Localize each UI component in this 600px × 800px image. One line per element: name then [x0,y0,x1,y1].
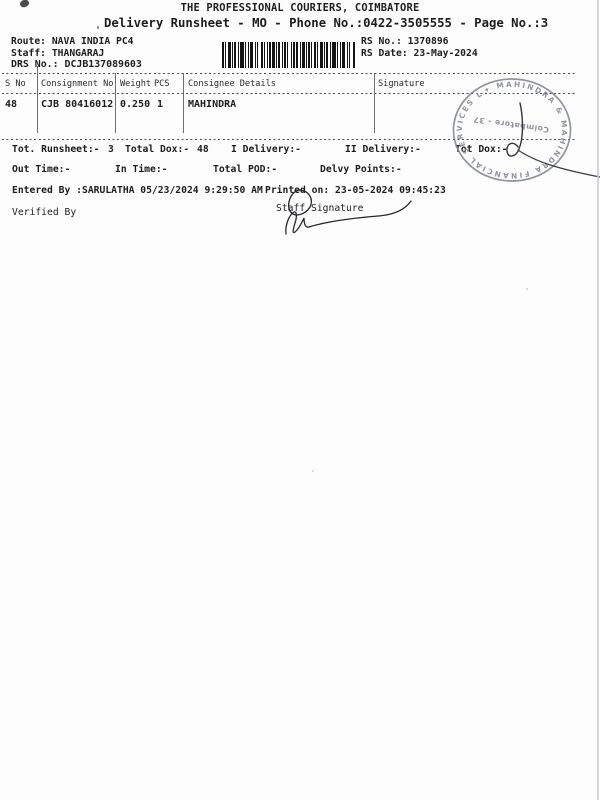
runsheet-title: Delivery Runsheet - MO - Phone No.:0422-… [104,17,548,30]
cell-consignee: MAHINDRA [188,100,236,111]
barcode-icon [222,42,357,68]
column-header-pcs: PCS [154,80,170,89]
column-header-consignee: Consignee Details [188,80,276,89]
pen-stroke-tail [518,150,600,177]
route-label: Route: NAVA INDIA PC4 [11,37,133,47]
cell-pcs: 1 [157,100,163,111]
ii-delivery-label: II Delivery:- [345,145,421,155]
column-separator [183,73,184,133]
stamp-outer-ring [454,79,571,181]
tot-runsheet-label: Tot. Runsheet:- [12,145,100,155]
column-separator [37,66,38,133]
table-top-divider [2,73,576,75]
drs-no-label: DRS No.: DCJB137089603 [11,60,142,70]
rs-no-label: RS No.: 1370896 [361,37,449,47]
verified-by-label: Verified By [12,208,76,218]
scan-artifact-speck [526,288,528,290]
company-title: THE PROFESSIONAL COURIERS, COIMBATORE [0,3,600,14]
pen-check-mark [507,103,523,156]
scan-artifact-speck [312,470,314,472]
total-dox-value: 48 [197,145,209,155]
delvy-points-label: Delvy Points:- [320,165,402,175]
cell-consignment: CJB 80416012 [41,100,113,111]
scanned-delivery-runsheet: THE PROFESSIONAL COURIERS, COIMBATORE De… [0,0,600,800]
i-delivery-label: I Delivery:- [231,145,301,155]
page-edge-shadow [597,0,599,800]
tot-runsheet-value: 3 [108,145,114,155]
printed-on-label: Printed on: 23-05-2024 09:45:23 [265,186,446,196]
tot-dox-label: Tot Dox:- [455,145,508,155]
total-dox-label: Total Dox:- [125,145,189,155]
out-time-label: Out Time:- [12,165,70,175]
table-bottom-divider [2,139,576,141]
column-header-weight: Weight [120,80,151,89]
cell-weight: 0.250 [120,100,150,111]
entered-by-label: Entered By :SARULATHA 05/23/2024 9:29:50… [12,186,263,196]
table-header-divider [2,93,576,95]
column-separator [115,73,116,133]
in-time-label: In Time:- [115,165,168,175]
total-pod-label: Total POD:- [213,165,277,175]
staff-signature-label: Staff Signature [276,204,364,214]
rs-date-label: RS Date: 23-May-2024 [361,49,478,59]
column-header-sno: S No [5,80,26,89]
column-header-signature: Signature [378,80,425,89]
cell-sno: 48 [5,100,17,111]
column-header-consignment: Consignment No [41,80,113,89]
stamp-center-text: Coimbatore - 37 [473,115,550,135]
column-separator [374,73,375,133]
scan-artifact-dot [97,26,99,29]
staff-label: Staff: THANGARAJ [11,49,104,59]
